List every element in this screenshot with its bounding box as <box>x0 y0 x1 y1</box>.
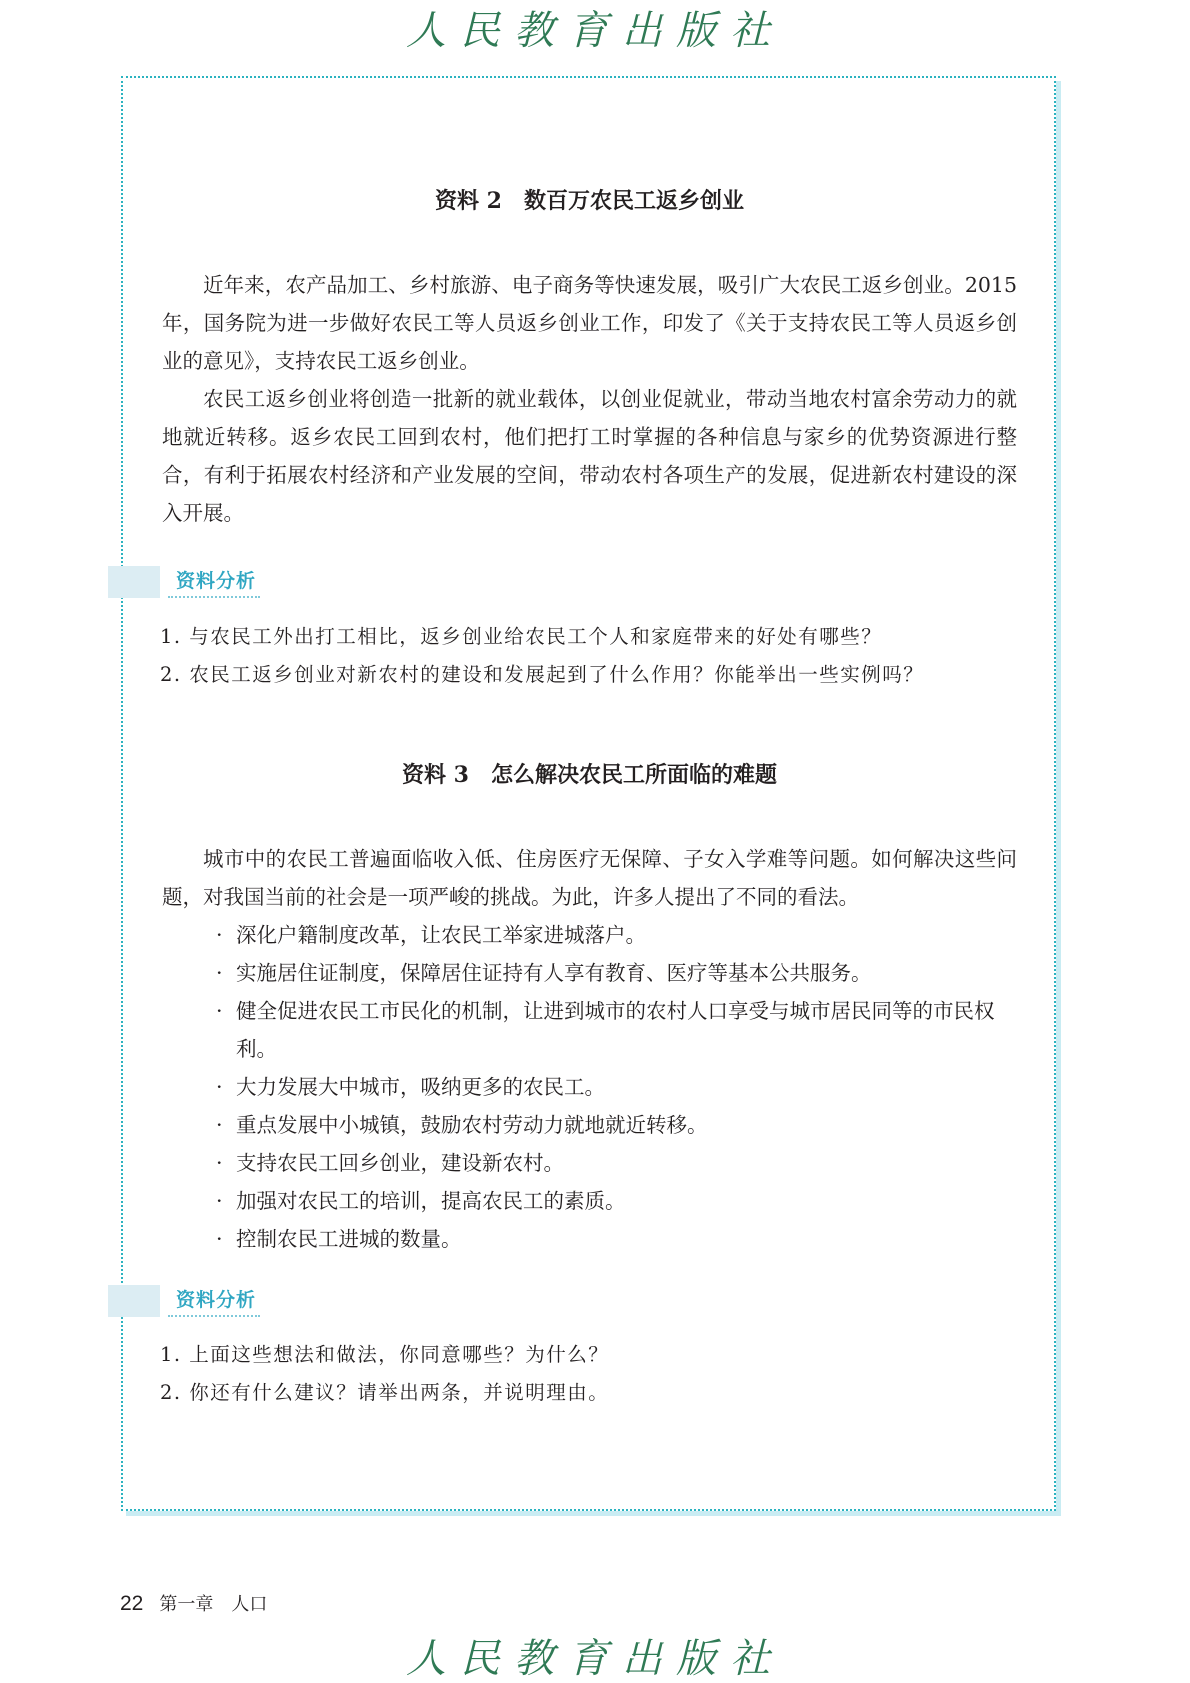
question-item: 1. 与农民工外出打工相比，返乡创业给农民工个人和家庭带来的好处有哪些？ <box>160 618 1020 656</box>
material3-label: 资料 3 <box>402 762 469 788</box>
material3-body: 城市中的农民工普遍面临收入低、住房医疗无保障、子女入学难等问题。如何解决这些问题… <box>162 840 1017 916</box>
material2-analysis-tag: 资料分析 <box>108 566 378 598</box>
material3-questions: 1. 上面这些想法和做法，你同意哪些？为什么？ 2. 你还有什么建议？请举出两条… <box>160 1336 1020 1412</box>
bullet-item: 实施居住证制度，保障居住证持有人享有教育、医疗等基本公共服务。 <box>214 954 1024 992</box>
chapter-title: 人口 <box>231 1594 267 1614</box>
material2-label: 资料 2 <box>435 188 502 214</box>
question-item: 2. 你还有什么建议？请举出两条，并说明理由。 <box>160 1374 1020 1412</box>
question-item: 2. 农民工返乡创业对新农村的建设和发展起到了什么作用？你能举出一些实例吗？ <box>160 656 1020 694</box>
bullet-item: 支持农民工回乡创业，建设新农村。 <box>214 1144 1024 1182</box>
material3-analysis-tag: 资料分析 <box>108 1285 378 1317</box>
analysis-tag-label: 资料分析 <box>168 566 260 598</box>
page-footer: 22第一章人口 <box>120 1590 267 1616</box>
publisher-logo-bottom: 人民教育出版社 <box>0 1634 1190 1683</box>
material2-paragraph-1: 近年来，农产品加工、乡村旅游、电子商务等快速发展，吸引广大农民工返乡创业。201… <box>162 266 1017 380</box>
material3-paragraph: 城市中的农民工普遍面临收入低、住房医疗无保障、子女入学难等问题。如何解决这些问题… <box>162 840 1017 916</box>
analysis-tag-label: 资料分析 <box>168 1285 260 1317</box>
bullet-item: 大力发展大中城市，吸纳更多的农民工。 <box>214 1068 1024 1106</box>
bullet-item: 控制农民工进城的数量。 <box>214 1220 1024 1258</box>
question-item: 1. 上面这些想法和做法，你同意哪些？为什么？ <box>160 1336 1020 1374</box>
chapter-label: 第一章 <box>159 1594 213 1614</box>
bullet-item: 加强对农民工的培训，提高农民工的素质。 <box>214 1182 1024 1220</box>
analysis-tag-block <box>108 566 160 598</box>
publisher-logo-top: 人民教育出版社 <box>0 6 1190 56</box>
material2-title: 数百万农民工返乡创业 <box>524 188 744 214</box>
material3-title: 怎么解决农民工所面临的难题 <box>491 762 777 788</box>
analysis-tag-block <box>108 1285 160 1317</box>
bullet-item: 深化户籍制度改革，让农民工举家进城落户。 <box>214 916 1024 954</box>
page-number: 22 <box>120 1592 143 1615</box>
bullet-item: 健全促进农民工市民化的机制，让进到城市的农村人口享受与城市居民同等的市民权利。 <box>214 992 1024 1068</box>
material3-heading: 资料 3怎么解决农民工所面临的难题 <box>121 760 1058 790</box>
bullet-item: 重点发展中小城镇，鼓励农村劳动力就地就近转移。 <box>214 1106 1024 1144</box>
material2-paragraph-2: 农民工返乡创业将创造一批新的就业载体，以创业促就业，带动当地农村富余劳动力的就地… <box>162 380 1017 532</box>
material3-bullet-list: 深化户籍制度改革，让农民工举家进城落户。 实施居住证制度，保障居住证持有人享有教… <box>214 916 1024 1258</box>
material2-questions: 1. 与农民工外出打工相比，返乡创业给农民工个人和家庭带来的好处有哪些？ 2. … <box>160 618 1020 694</box>
material2-heading: 资料 2数百万农民工返乡创业 <box>121 186 1058 216</box>
material2-body: 近年来，农产品加工、乡村旅游、电子商务等快速发展，吸引广大农民工返乡创业。201… <box>162 266 1017 532</box>
